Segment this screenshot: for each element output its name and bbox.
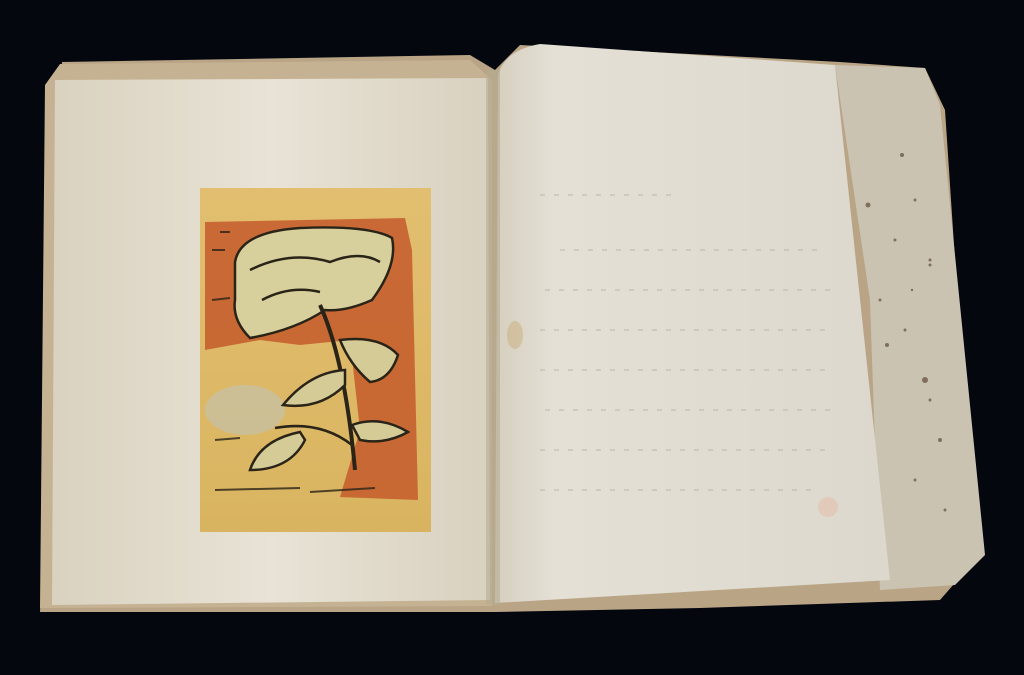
rose-woodblock-print: [200, 188, 431, 532]
gutter: [486, 70, 500, 605]
right-page: [495, 44, 890, 603]
book-photo: [0, 0, 1024, 675]
